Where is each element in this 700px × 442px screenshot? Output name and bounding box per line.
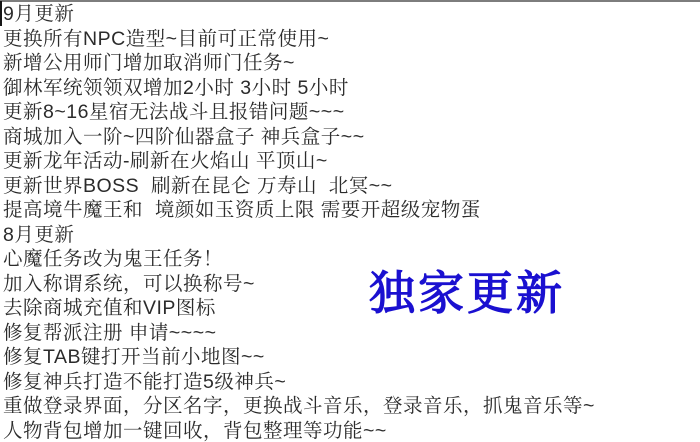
update-log-line: 御林军统领领双增加2小时 3小时 5小时 [3, 76, 693, 101]
update-log-line: 提高境牛魔王和 境颜如玉资质上限 需要开超级宠物蛋 [3, 198, 693, 223]
update-log-line: 去除商城充值和VIP图标 [3, 296, 693, 321]
update-log-line: 更新8~16星宿无法战斗且报错问题~~~ [3, 100, 693, 125]
update-log-line: 更新世界BOSS 刷新在昆仑 万寿山 北冥~~ [3, 174, 693, 199]
update-log-line: 9月更新 [3, 2, 693, 27]
update-notes-page: 9月更新更换所有NPC造型~目前可正常使用~新增公用师门增加取消师门任务~御林军… [0, 0, 700, 442]
update-log-line: 商城加入一阶~四阶仙器盒子 神兵盒子~~ [3, 125, 693, 150]
update-log-line: 更新龙年活动-刷新在火焰山 平顶山~ [3, 149, 693, 174]
update-log-line: 更换所有NPC造型~目前可正常使用~ [3, 27, 693, 52]
update-log-line: 新增公用师门增加取消师门任务~ [3, 51, 693, 76]
update-log-line: 心魔任务改为鬼王任务！ [3, 247, 693, 272]
update-log-text-area[interactable]: 9月更新更换所有NPC造型~目前可正常使用~新增公用师门增加取消师门任务~御林军… [3, 2, 693, 442]
text-cursor [0, 1, 2, 26]
update-log-line: 重做登录界面，分区名字，更换战斗音乐，登录音乐，抓鬼音乐等~ [3, 394, 693, 419]
update-log-line: 人物背包增加一键回收，背包整理等功能~~ [3, 419, 693, 442]
update-log-line: 修复帮派注册 申请~~~~ [3, 321, 693, 346]
exclusive-update-watermark: 独家更新 [369, 257, 565, 323]
update-log-line: 修复TAB键打开当前小地图~~ [3, 345, 693, 370]
update-log-line: 加入称谓系统，可以换称号~ [3, 272, 693, 297]
update-log-line: 8月更新 [3, 223, 693, 248]
update-log-line: 修复神兵打造不能打造5级神兵~ [3, 370, 693, 395]
